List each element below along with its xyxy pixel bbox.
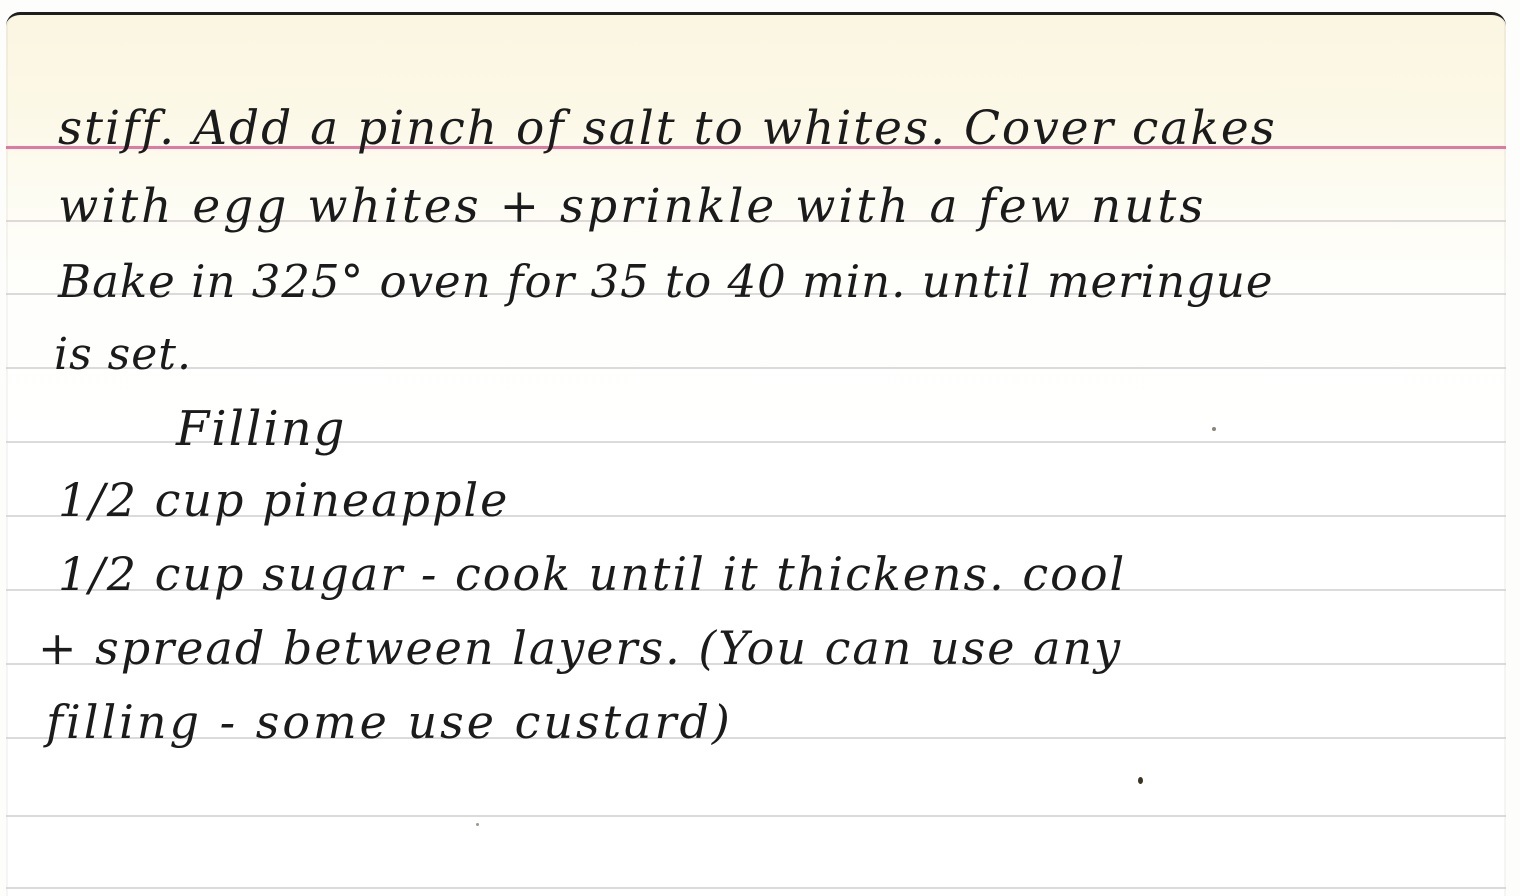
scanned-page: stiff. Add a pinch of salt to whites. Co… bbox=[0, 0, 1520, 896]
ruled-line bbox=[6, 367, 1506, 369]
ink-speck bbox=[1138, 777, 1143, 784]
handwritten-heading-filling: Filling bbox=[176, 405, 346, 453]
handwritten-line-7: 1/2 cup sugar - cook until it thickens. … bbox=[58, 551, 1126, 597]
handwritten-line-8: + spread between layers. (You can use an… bbox=[38, 625, 1122, 671]
ink-speck bbox=[476, 823, 479, 826]
handwritten-line-2: with egg whites + sprinkle with a few nu… bbox=[58, 183, 1206, 230]
ruled-line bbox=[6, 815, 1506, 817]
ink-speck bbox=[1212, 427, 1216, 431]
recipe-card: stiff. Add a pinch of salt to whites. Co… bbox=[6, 12, 1506, 896]
handwritten-line-1: stiff. Add a pinch of salt to whites. Co… bbox=[58, 105, 1277, 152]
handwritten-line-3: Bake in 325° oven for 35 to 40 min. unti… bbox=[58, 259, 1273, 304]
ruled-line bbox=[6, 887, 1506, 889]
handwritten-line-9: filling - some use custard) bbox=[46, 699, 733, 745]
handwritten-line-4: is set. bbox=[54, 333, 192, 377]
handwritten-line-6: 1/2 cup pineapple bbox=[58, 477, 509, 523]
